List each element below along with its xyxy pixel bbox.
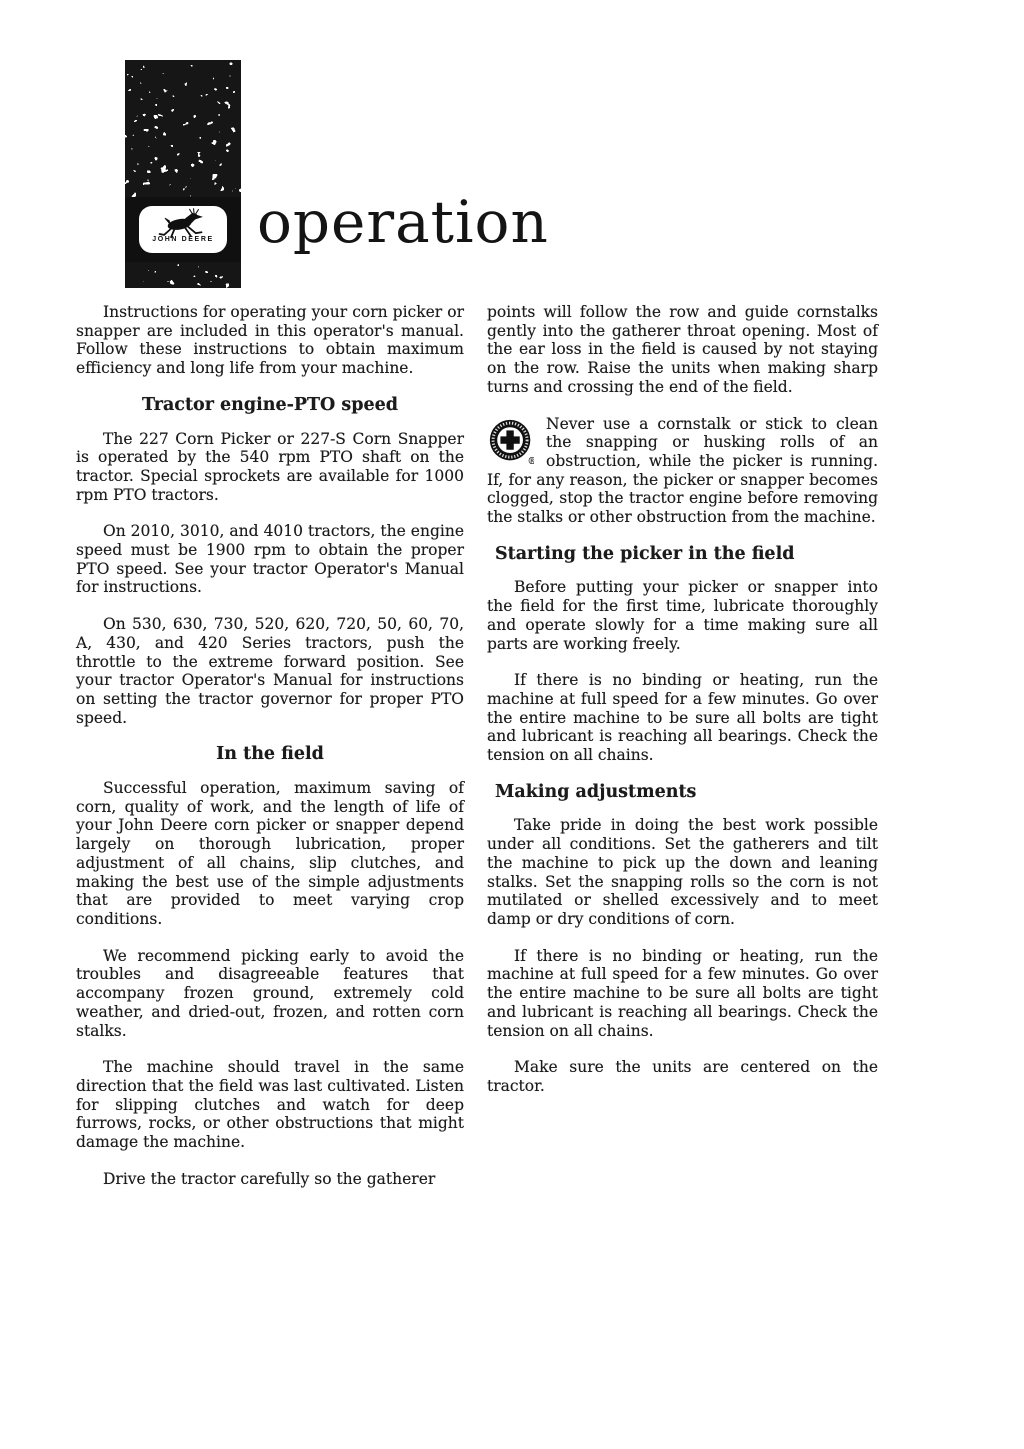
paragraph: Before putting your picker or snapper in… xyxy=(487,578,878,653)
section-heading-starting-picker: Starting the picker in the field xyxy=(487,545,878,564)
section-heading-making-adjustments: Making adjustments xyxy=(487,783,878,802)
paragraph-continuation: points will follow the row and guide cor… xyxy=(487,303,878,397)
john-deere-logo-band: JOHN DEERE xyxy=(125,197,241,262)
registered-mark: ® xyxy=(528,456,534,464)
john-deere-logo-block: JOHN DEERE xyxy=(125,60,241,288)
paragraph: On 2010, 3010, and 4010 tractors, the en… xyxy=(76,522,464,597)
paragraph: The 227 Corn Picker or 227-S Corn Snappe… xyxy=(76,430,464,505)
paragraph: Make sure the units are centered on the … xyxy=(487,1058,878,1095)
left-column: Instructions for operating your corn pic… xyxy=(76,303,464,1206)
brand-label: JOHN DEERE xyxy=(139,236,227,243)
paragraph: If there is no binding or heating, run t… xyxy=(487,671,878,765)
paragraph-continues-next-column: Drive the tractor carefully so the gathe… xyxy=(76,1170,464,1189)
manual-page: JOHN DEERE operation Instructions for op… xyxy=(0,0,1024,1449)
safety-note: ® Never use a cornstalk or stick to clea… xyxy=(487,415,878,527)
paragraph-intro: Instructions for operating your corn pic… xyxy=(76,303,464,378)
page-title: operation xyxy=(257,193,549,251)
right-column: points will follow the row and guide cor… xyxy=(487,303,878,1114)
john-deere-logo-plate: JOHN DEERE xyxy=(139,206,227,253)
paragraph: Successful operation, maximum saving of … xyxy=(76,779,464,929)
section-heading-tractor-pto: Tractor engine-PTO speed xyxy=(76,396,464,415)
safety-note-text: Never use a cornstalk or stick to clean … xyxy=(487,415,878,527)
green-cross-for-safety-icon: ® xyxy=(488,418,534,464)
paragraph: If there is no binding or heating, run t… xyxy=(487,947,878,1041)
paragraph: We recommend picking early to avoid the … xyxy=(76,947,464,1041)
paragraph: On 530, 630, 730, 520, 620, 720, 50, 60,… xyxy=(76,615,464,727)
leaping-deer-icon xyxy=(152,208,214,238)
section-heading-in-the-field: In the field xyxy=(76,745,464,764)
paragraph: The machine should travel in the same di… xyxy=(76,1058,464,1152)
paragraph: Take pride in doing the best work possib… xyxy=(487,816,878,928)
